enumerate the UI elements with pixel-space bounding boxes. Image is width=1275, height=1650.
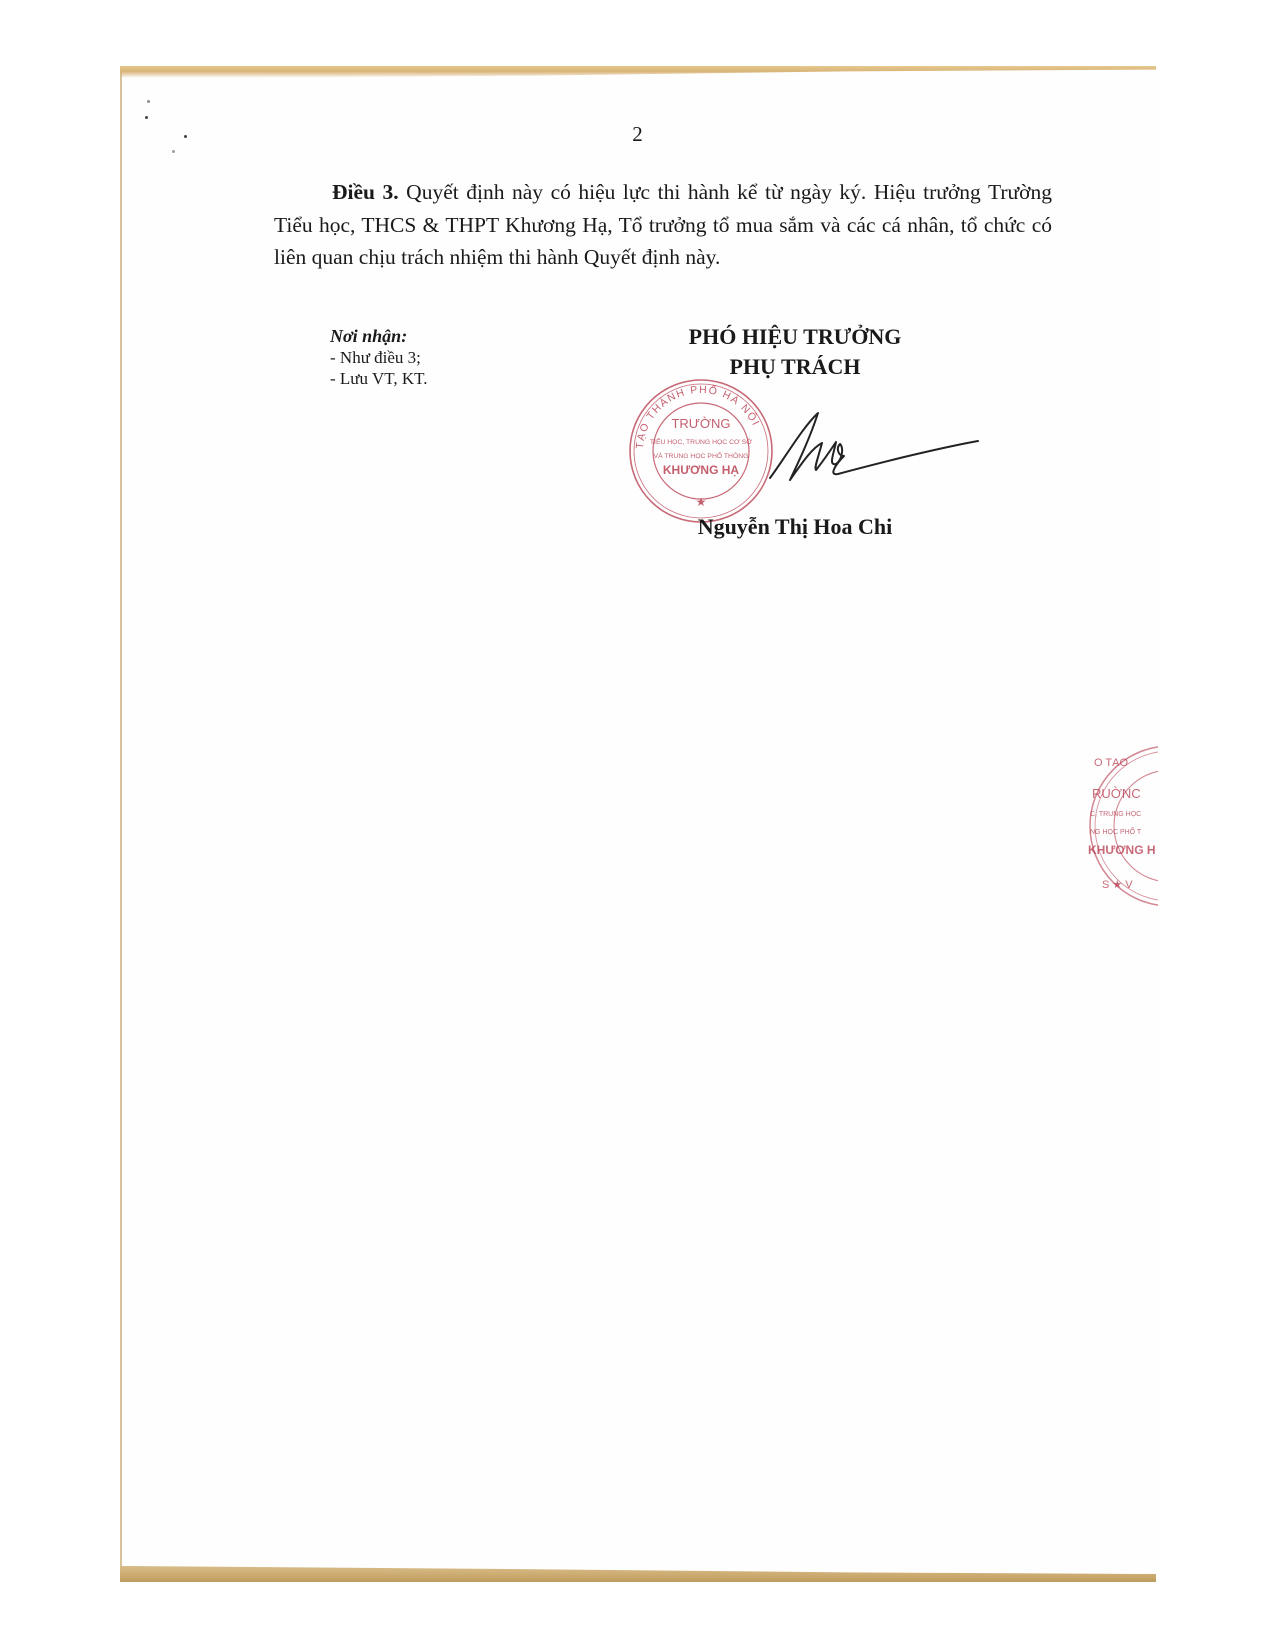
recipients-block: Nơi nhận: - Như điều 3; - Lưu VT, KT. (330, 326, 428, 389)
svg-text:C, TRUNG HỌC: C, TRUNG HỌC (1090, 811, 1141, 818)
document-page (120, 66, 1158, 1582)
page-number: 2 (0, 122, 1275, 147)
article-label: Điều 3. (332, 180, 399, 204)
svg-text:O TẠO: O TẠO (1094, 757, 1128, 769)
scan-speck (147, 100, 150, 103)
signer-title-line1: PHÓ HIỆU TRƯỞNG (640, 322, 950, 352)
recipient-item: - Lưu VT, KT. (330, 368, 428, 389)
svg-text:NG HỌC PHỔ T: NG HỌC PHỔ T (1090, 827, 1142, 836)
recipients-title: Nơi nhận: (330, 326, 428, 347)
svg-text:TRƯỜNG: TRƯỜNG (671, 416, 730, 431)
scan-speck (172, 150, 175, 153)
svg-text:VÀ TRUNG HỌC PHỔ THÔNG: VÀ TRUNG HỌC PHỔ THÔNG (654, 451, 749, 460)
handwritten-signature-icon (740, 408, 980, 498)
signature-title-block: PHÓ HIỆU TRƯỞNG PHỤ TRÁCH (640, 322, 950, 382)
article-paragraph: Điều 3. Quyết định này có hiệu lực thi h… (274, 176, 1052, 274)
svg-text:KHƯƠNG H: KHƯƠNG H (1088, 843, 1156, 857)
scan-speck (145, 116, 148, 119)
svg-text:KHƯƠNG HẠ: KHƯƠNG HẠ (663, 463, 740, 477)
svg-text:RUỜNC: RUỜNC (1092, 786, 1141, 801)
svg-text:TIỂU HỌC, TRUNG HỌC CƠ SỞ: TIỂU HỌC, TRUNG HỌC CƠ SỞ (650, 437, 752, 446)
svg-text:★: ★ (696, 495, 707, 509)
svg-text:S ★ V: S ★ V (1102, 879, 1133, 891)
partial-stamp-icon: O TẠO RUỜNC C, TRUNG HỌC NG HỌC PHỔ T KH… (1088, 742, 1158, 910)
signer-name: Nguyễn Thị Hoa Chi (640, 514, 950, 540)
recipient-item: - Như điều 3; (330, 347, 428, 368)
